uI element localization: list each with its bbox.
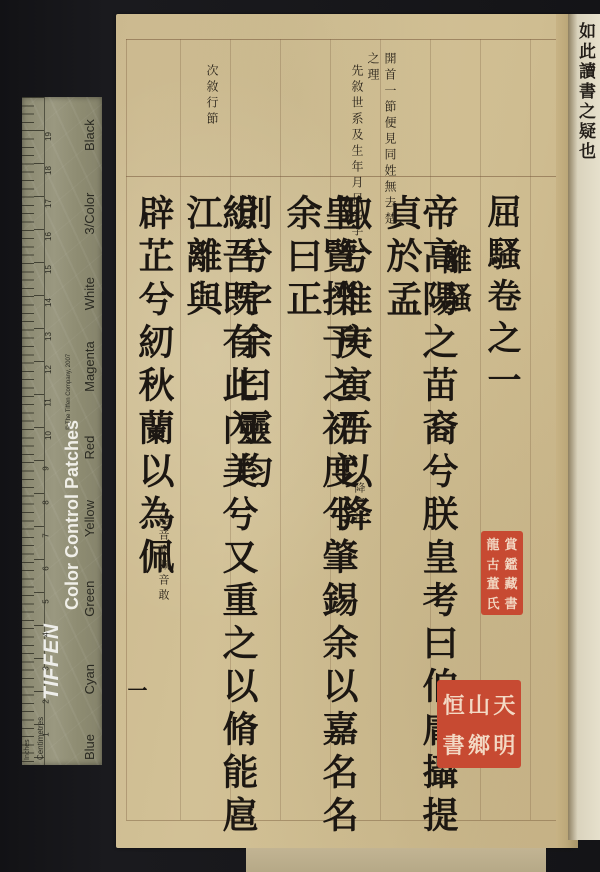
patch-magenta: Magenta: [82, 314, 97, 392]
cm-tick-label: 14: [44, 298, 53, 307]
seal-char: 鄉: [466, 724, 491, 764]
text-column-6-note: 能音耐佩音敢: [158, 514, 169, 604]
ruler-title: Color Control Patches: [62, 420, 83, 610]
cm-tick-label: 3: [42, 666, 51, 670]
cm-tick-label: 18: [44, 166, 53, 175]
cm-tick-label: 7: [42, 533, 51, 537]
seal-char: 古: [484, 554, 502, 574]
header-divider-rule: [126, 176, 558, 177]
page-marker: 一: [126, 680, 146, 708]
collector-seal-small: 龍 賞 古 鑑 董 藏 氏 書: [481, 531, 523, 615]
cm-tick-label: 4: [42, 633, 51, 637]
seal-char: 氏: [484, 593, 502, 613]
inch-scale: [22, 97, 34, 765]
seal-char: 天: [492, 684, 517, 724]
cm-tick-label: 13: [44, 332, 53, 341]
head-note-4: 次敘行節: [206, 64, 218, 128]
cm-tick-label: 15: [44, 265, 53, 274]
cm-tick-label: 5: [42, 599, 51, 603]
cm-tick-label: 6: [42, 566, 51, 570]
ruler-copyright: © The Tiffen Company, 2007: [66, 354, 72, 430]
frame-top-rule: [126, 39, 558, 40]
patch-yellow: Yellow: [82, 463, 97, 537]
seal-char: 藏: [502, 573, 520, 593]
ruler-unit-inches: Inches: [24, 739, 31, 760]
seal-char: 書: [502, 593, 520, 613]
cm-tick-label: 12: [44, 365, 53, 374]
ruler-unit-cm: Centimetres: [36, 717, 45, 760]
patch-cyan: Cyan: [82, 620, 97, 694]
cm-tick-label: 11: [44, 398, 53, 406]
seal-char: 山: [466, 684, 491, 724]
book-page: 開首一節便見同姓無去楚 之理 先敘世系及生年月日名字 次敘行節 屈騷卷之一 離騷…: [116, 14, 572, 848]
patch-red: Red: [82, 396, 97, 460]
column-rule: [530, 39, 531, 820]
patch-names: Blue Cyan Green Yellow Red Magenta White…: [82, 101, 97, 760]
cm-tick-label: 17: [44, 199, 53, 208]
cm-tick-label: 10: [44, 431, 53, 440]
text-column-5: 紛吾既有此內美兮又重之以脩能扈江離與: [184, 194, 256, 848]
patch-black: Black: [82, 101, 97, 151]
cm-tick-label: 2: [42, 699, 51, 703]
cm-tick-label: 8: [42, 500, 51, 504]
underlying-page-edge: [246, 848, 546, 872]
cm-tick-label: 16: [44, 232, 53, 241]
adjacent-page-text: 如此讀書之疑也: [573, 22, 598, 162]
text-column-3: 皇覽揆予之初度兮肇錫余以嘉名名余曰正: [284, 194, 356, 848]
column-rule: [380, 39, 381, 820]
seal-char: 龍: [484, 534, 502, 554]
patch-blue: Blue: [82, 698, 97, 760]
column-rule: [280, 39, 281, 820]
seal-char: 恒: [441, 684, 466, 724]
volume-title: 屈騷卷之一: [484, 194, 518, 404]
head-note-2: 之理: [367, 52, 379, 84]
seal-char: 賞: [502, 534, 520, 554]
patch-3color: 3/Color: [82, 155, 97, 235]
patch-white: White: [82, 238, 97, 310]
cm-tick-label: 9: [42, 467, 51, 471]
column-rule: [180, 39, 181, 820]
seal-char: 鑑: [502, 554, 520, 574]
seal-char: 書: [441, 724, 466, 764]
cm-tick-label: 1: [42, 732, 51, 736]
patch-green: Green: [82, 541, 97, 617]
collector-seal-large: 恒 山 天 書 鄉 明: [437, 680, 521, 768]
cm-tick-label: 19: [44, 132, 53, 141]
seal-char: 明: [492, 724, 517, 764]
seal-char: 董: [484, 573, 502, 593]
